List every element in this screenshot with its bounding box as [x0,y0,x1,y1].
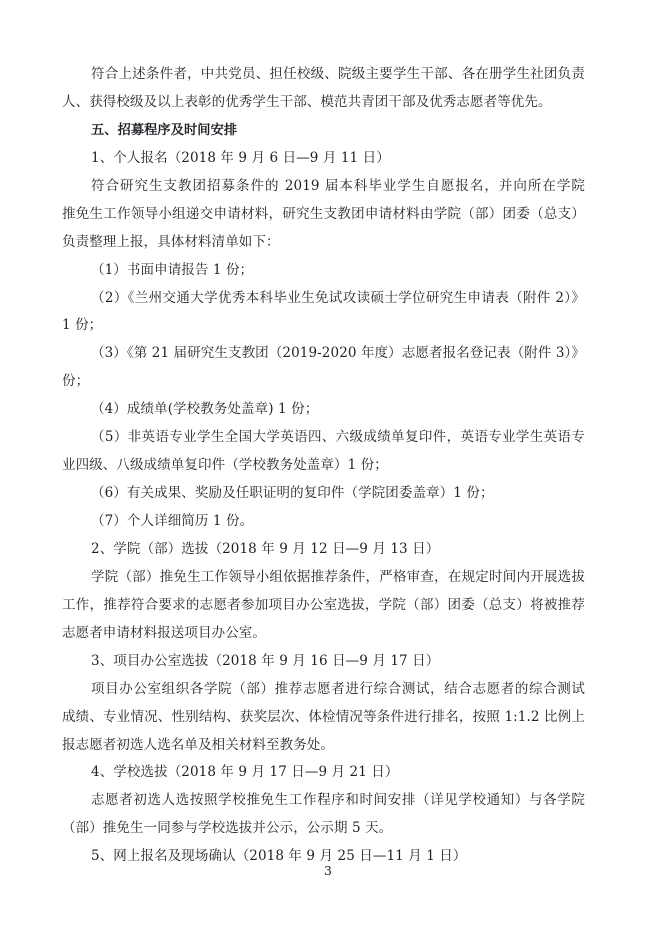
material-item-5: （5）非英语专业学生全国大学英语四、六级成绩单复印件，英语专业学生英语专 [62,424,585,452]
material-item-6: （6）有关成果、奖励及任职证明的复印件（学院团委盖章）1 份； [62,480,585,508]
step-1-heading: 1、个人报名（2018 年 9 月 6 日—9 月 11 日） [62,145,585,173]
material-item-4: （4）成绩单(学校教务处盖章) 1 份； [62,396,585,424]
material-item-3-cont: 份； [62,368,585,396]
section-heading: 五、招募程序及时间安排 [62,117,585,145]
paragraph-line: 推免生工作领导小组递交申请材料，研究生支教团申请材料由学院（部）团委（总支） [62,201,585,229]
paragraph-line: 符合上述条件者，中共党员、担任校级、院级主要学生干部、各在册学生社团负责 [62,61,585,89]
document-page: 符合上述条件者，中共党员、担任校级、院级主要学生干部、各在册学生社团负责 人、获… [0,0,656,933]
step-4-heading: 4、学校选拔（2018 年 9 月 17 日—9 月 21 日） [62,759,585,787]
paragraph-line: 志愿者初选人选按照学校推免生工作程序和时间安排（详见学校通知）与各学院 [62,787,585,815]
page-number: 3 [0,863,656,879]
material-item-5-cont: 业四级、八级成绩单复印件（学校教务处盖章）1 份； [62,452,585,480]
paragraph-line: 报志愿者初选人选名单及相关材料至教务处。 [62,732,585,760]
paragraph-line: 符合研究生支教团招募条件的 2019 届本科毕业学生自愿报名，并向所在学院（部） [62,173,585,201]
paragraph-line: 项目办公室组织各学院（部）推荐志愿者进行综合测试，结合志愿者的综合测试 [62,676,585,704]
material-item-3: （3）《第 21 届研究生支教团（2019-2020 年度）志愿者报名登记表（附… [62,340,585,368]
paragraph-line: 学院（部）推免生工作领导小组依据推荐条件，严格审查，在规定时间内开展选拔 [62,564,585,592]
paragraph-line: 工作，推荐符合要求的志愿者参加项目办公室选拔，学院（部）团委（总支）将被推荐 [62,592,585,620]
material-item-7: （7）个人详细简历 1 份。 [62,508,585,536]
material-item-1: （1）书面申请报告 1 份； [62,257,585,285]
paragraph-line: 人、获得校级及以上表彰的优秀学生干部、模范共青团干部及优秀志愿者等优先。 [62,89,585,117]
paragraph-line: （部）推免生一同参与学校选拔并公示，公示期 5 天。 [62,815,585,843]
paragraph-line: 志愿者申请材料报送项目办公室。 [62,620,585,648]
document-body: 符合上述条件者，中共党员、担任校级、院级主要学生干部、各在册学生社团负责 人、获… [62,61,585,871]
paragraph-line: 成绩、专业情况、性别结构、获奖层次、体检情况等条件进行排名，按照 1:1.2 比… [62,704,585,732]
material-item-2: （2）《兰州交通大学优秀本科毕业生免试攻读硕士学位研究生申请表（附件 2）》 [62,285,585,313]
paragraph-line: 负责整理上报，具体材料清单如下： [62,229,585,257]
material-item-2-cont: 1 份； [62,312,585,340]
step-3-heading: 3、项目办公室选拔（2018 年 9 月 16 日—9 月 17 日） [62,648,585,676]
step-2-heading: 2、学院（部）选拔（2018 年 9 月 12 日—9 月 13 日） [62,536,585,564]
